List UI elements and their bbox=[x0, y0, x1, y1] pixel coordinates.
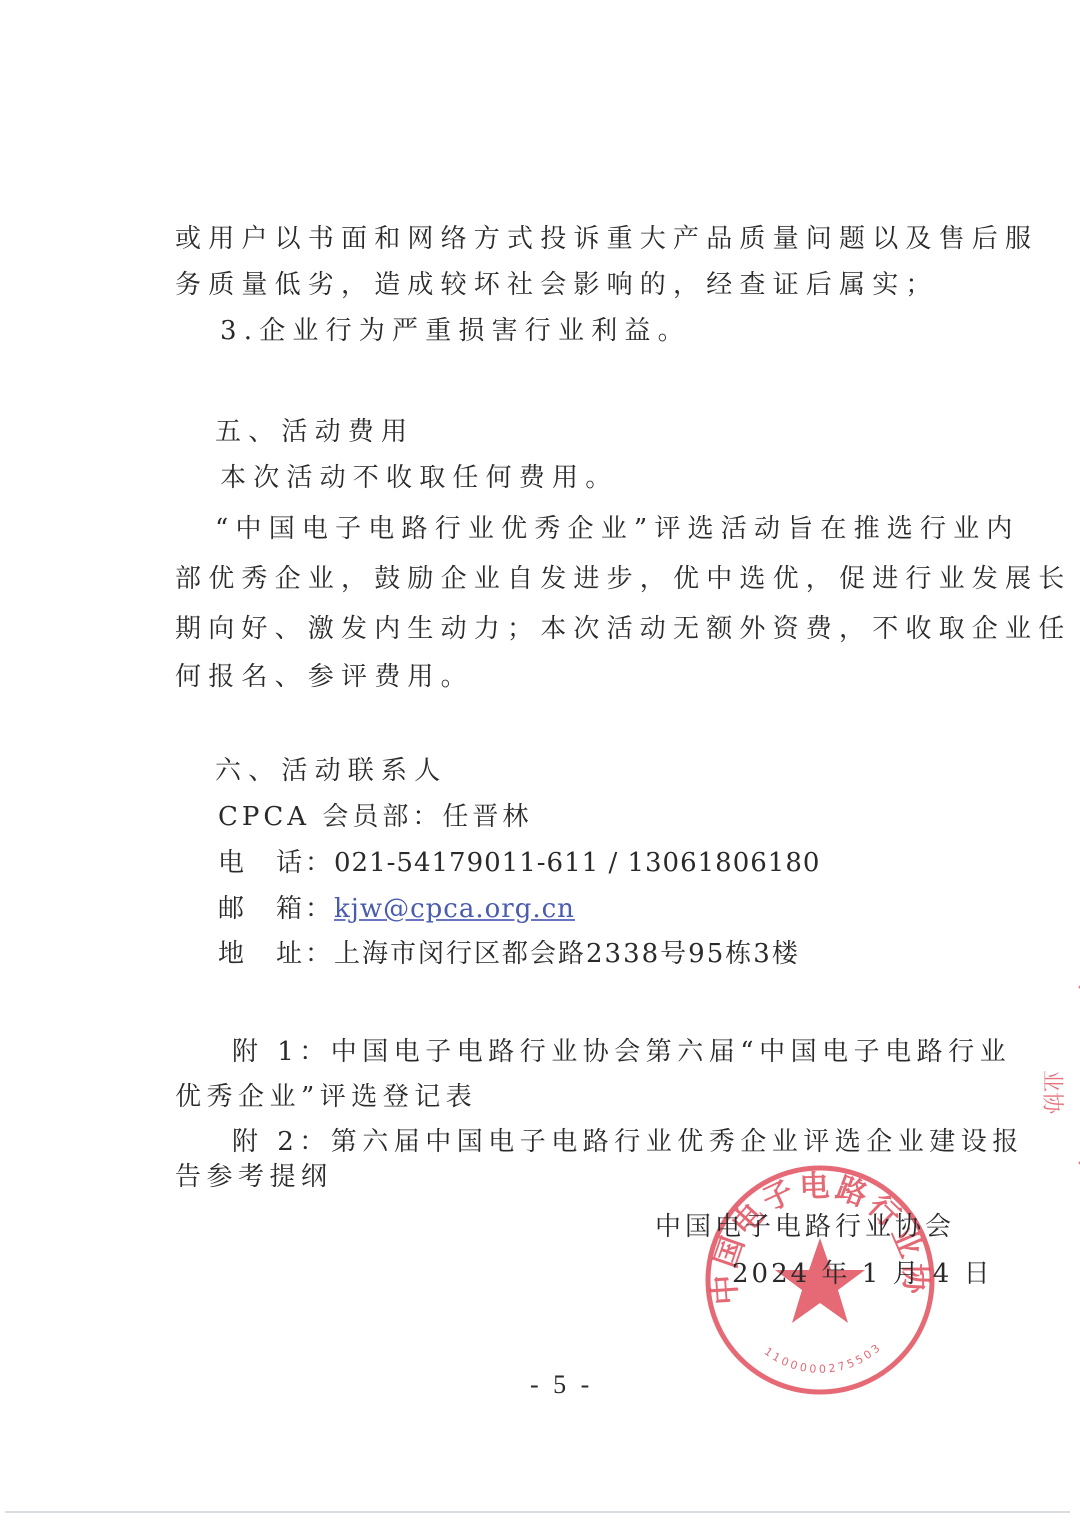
body-line-1: 或用户以书面和网络方式投诉重大产品质量问题以及售后服 bbox=[175, 222, 1038, 256]
fees-paragraph-line-3: 期向好、激发内生动力；本次活动无额外资费，不收取企业任 bbox=[175, 612, 1071, 646]
phone-value: 021-54179011-611 / 13061806180 bbox=[334, 848, 820, 878]
attachment-1-line-1: 附 1：中国电子电路行业协会第六届“中国电子电路行业 bbox=[232, 1035, 1011, 1069]
contact-address: 地 址：上海市闵行区都会路2338号95栋3楼 bbox=[218, 937, 800, 971]
partial-seal-icon: 业协 bbox=[1010, 975, 1080, 1175]
body-line-2: 务质量低劣，造成较坏社会影响的，经查证后属实； bbox=[175, 268, 939, 302]
section-heading-fees: 五、活动费用 bbox=[215, 415, 414, 449]
email-label: 邮 箱： bbox=[218, 892, 334, 926]
attachment-1-line-2: 优秀企业”评选登记表 bbox=[175, 1080, 477, 1114]
phone-label: 电 话： bbox=[218, 846, 334, 880]
page-bottom-edge bbox=[5, 1511, 1070, 1513]
contact-email: 邮 箱：kjw@cpca.org.cn bbox=[218, 892, 575, 926]
contact-phone: 电 话：021-54179011-611 / 13061806180 bbox=[218, 846, 820, 880]
section-heading-contact: 六、活动联系人 bbox=[215, 754, 447, 788]
contact-department: CPCA 会员部：任晋林 bbox=[218, 800, 532, 834]
svg-text:业协: 业协 bbox=[1039, 1070, 1064, 1115]
email-link[interactable]: kjw@cpca.org.cn bbox=[334, 894, 575, 924]
attachment-2-line-2: 告参考提纲 bbox=[175, 1160, 333, 1194]
page-number: - 5 - bbox=[530, 1370, 593, 1400]
signature-date: 2024 年 1 月 4 日 bbox=[732, 1257, 993, 1291]
fees-paragraph-line-4: 何报名、参评费用。 bbox=[175, 660, 474, 694]
fees-paragraph-line-1: “中国电子电路行业优秀企业”评选活动旨在推选行业内 bbox=[215, 512, 1020, 546]
signature-organization: 中国电子电路行业协会 bbox=[655, 1210, 955, 1244]
address-label: 地 址： bbox=[218, 937, 334, 971]
item-3: 3.企业行为严重损害行业利益。 bbox=[220, 314, 691, 348]
fees-statement: 本次活动不收取任何费用。 bbox=[220, 461, 618, 495]
svg-text:1100000275503: 1100000275503 bbox=[762, 1340, 885, 1376]
address-value: 上海市闵行区都会路2338号95栋3楼 bbox=[334, 939, 800, 969]
fees-paragraph-line-2: 部优秀企业，鼓励企业自发进步，优中选优，促进行业发展长 bbox=[175, 562, 1071, 596]
attachment-2-line-1: 附 2：第六届中国电子电路行业优秀企业评选企业建设报 bbox=[232, 1125, 1024, 1159]
